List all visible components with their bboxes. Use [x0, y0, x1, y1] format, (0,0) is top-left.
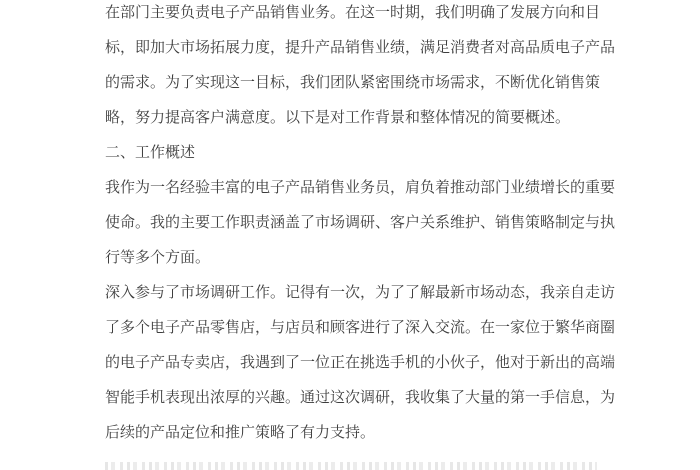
document-page: 在部门主要负责电子产品销售业务。在这一时期，我们明确了发展方向和目标，即加大市场… — [0, 0, 700, 470]
body-text-line: 我作为一名经验丰富的电子产品销售业务员，肩负着推动部门业绩增长的重要 — [105, 170, 605, 205]
section-heading: 二、工作概述 — [105, 135, 605, 170]
body-text-line: 智能手机表现出浓厚的兴趣。通过这次调研，我收集了大量的第一手信息，为 — [105, 380, 605, 415]
body-text-line: 的电子产品专卖店，我遇到了一位正在挑选手机的小伙子，他对于新出的高端 — [105, 345, 605, 380]
body-text-line: 行等多个方面。 — [105, 240, 605, 275]
clipped-partial-line — [105, 462, 597, 470]
body-text-line: 了多个电子产品零售店，与店员和顾客进行了深入交流。在一家位于繁华商圈 — [105, 310, 605, 345]
body-text-line: 略，努力提高客户满意度。以下是对工作背景和整体情况的简要概述。 — [105, 100, 605, 135]
body-text-line: 在部门主要负责电子产品销售业务。在这一时期，我们明确了发展方向和目 — [105, 0, 605, 30]
body-text-line: 深入参与了市场调研工作。记得有一次，为了了解最新市场动态，我亲自走访 — [105, 275, 605, 310]
body-text-line: 的需求。为了实现这一目标，我们团队紧密围绕市场需求，不断优化销售策 — [105, 65, 605, 100]
body-text-line: 后续的产品定位和推广策略了有力支持。 — [105, 415, 605, 450]
body-text-line: 使命。我的主要工作职责涵盖了市场调研、客户关系维护、销售策略制定与执 — [105, 205, 605, 240]
body-text-line: 标，即加大市场拓展力度，提升产品销售业绩，满足消费者对高品质电子产品 — [105, 30, 605, 65]
document-body: 在部门主要负责电子产品销售业务。在这一时期，我们明确了发展方向和目标，即加大市场… — [105, 0, 605, 470]
